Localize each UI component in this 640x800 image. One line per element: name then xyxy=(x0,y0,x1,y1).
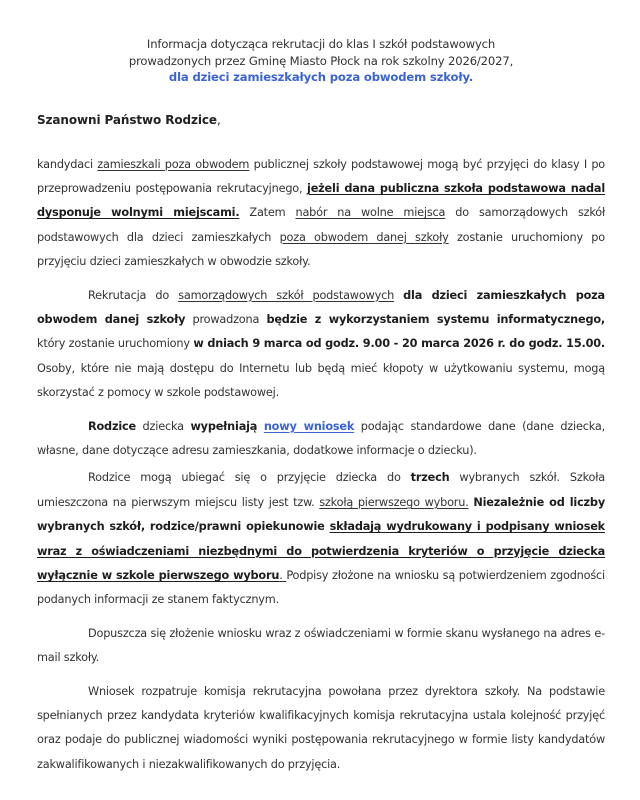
new-application-link[interactable]: nowy wniosek xyxy=(264,420,354,433)
underlined-phrase: nabór na wolne miejsca xyxy=(295,206,445,219)
text-span xyxy=(394,289,403,302)
text-span: Rekrutacja do xyxy=(88,289,178,302)
text-span: kandydaci xyxy=(37,158,97,171)
header-line-2: prowadzonych przez Gminę Miasto Płock na… xyxy=(37,53,605,70)
text-span: prowadzona xyxy=(185,313,266,326)
header-line-3-highlight: dla dzieci zamieszkałych poza obwodem sz… xyxy=(37,69,605,86)
text-span: Rodzice mogą ubiegać się o przyjęcie dzi… xyxy=(88,471,411,484)
text-span: Osoby, które nie mają dostępu do Interne… xyxy=(37,362,605,399)
underlined-phrase: zamieszkali poza obwodem xyxy=(97,158,249,171)
paragraph-school-choice: Rodzice mogą ubiegać się o przyjęcie dzi… xyxy=(37,466,605,612)
underlined-phrase: poza obwodem danej szkoły xyxy=(280,231,449,244)
text-span: Dopuszcza się złożenie wniosku wraz z oś… xyxy=(37,627,605,664)
bold-phrase: wypełniają xyxy=(190,420,257,433)
underlined-phrase: samorządowych szkół podstawowych xyxy=(178,289,394,302)
text-span: Zatem xyxy=(239,206,295,219)
paragraph-eligibility: kandydaci zamieszkali poza obwodem publi… xyxy=(37,153,605,275)
paragraph-application-form: Rodzice dziecka wypełniają nowy wniosek … xyxy=(37,415,605,464)
paragraph-scan-submission: Dopuszcza się złożenie wniosku wraz z oś… xyxy=(37,622,605,671)
salutation: Szanowni Państwo Rodzice, xyxy=(37,113,605,127)
bold-phrase: Rodzice xyxy=(88,420,136,433)
text-span: Wniosek rozpatruje komisja rekrutacyjna … xyxy=(37,685,605,771)
salutation-punct: , xyxy=(217,113,221,127)
document-header: Informacja dotycząca rekrutacji do klas … xyxy=(37,36,605,86)
text-span: dziecka xyxy=(136,420,190,433)
header-line-1: Informacja dotycząca rekrutacji do klas … xyxy=(37,36,605,53)
paragraph-recruitment-dates: Rekrutacja do samorządowych szkół podsta… xyxy=(37,284,605,406)
recruitment-dates: w dniach 9 marca od godz. 9.00 - 20 marc… xyxy=(193,337,605,350)
bold-phrase: będzie z wykorzystaniem systemu informat… xyxy=(266,313,605,326)
paragraph-committee: Wniosek rozpatruje komisja rekrutacyjna … xyxy=(37,680,605,778)
underlined-phrase: szkołą pierwszego wyboru. xyxy=(319,496,468,509)
bold-phrase: trzech xyxy=(411,471,450,484)
document-page: Informacja dotycząca rekrutacji do klas … xyxy=(37,0,605,777)
salutation-text: Szanowni Państwo Rodzice xyxy=(37,113,217,127)
text-span xyxy=(257,420,264,433)
text-span: który zostanie uruchomiony xyxy=(37,337,193,350)
